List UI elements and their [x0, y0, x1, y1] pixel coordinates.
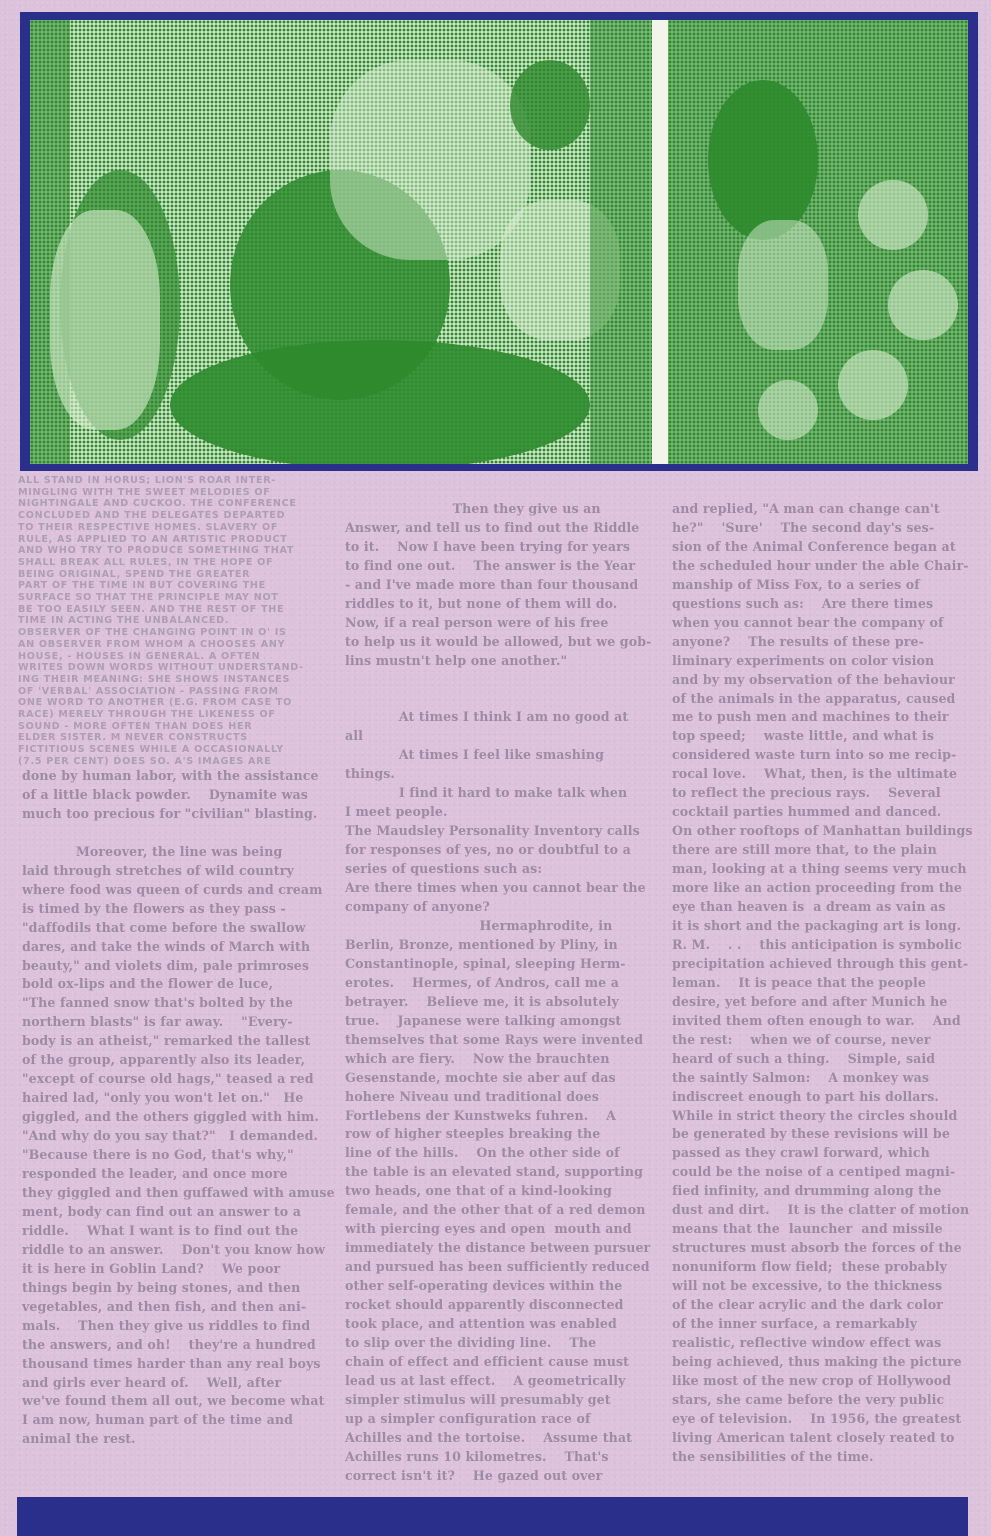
text-line: body is an atheist," remarked the talles… [22, 1032, 347, 1051]
text-line: the sensibilities of the time. [672, 1448, 990, 1467]
text-line: dares, and take the winds of March with [22, 938, 347, 957]
text-line: ment, body can find out an answer to a [22, 1203, 347, 1222]
text-line: laid through stretches of wild country [22, 862, 347, 881]
text-line: company of anyone? [345, 898, 670, 917]
text-line: row of higher steeples breaking the [345, 1125, 670, 1144]
text-line: be generated by these revisions will be [672, 1125, 990, 1144]
text-line: the answers, and oh! they're a hundred [22, 1336, 347, 1355]
text-line: beauty," and violets dim, pale primroses [22, 957, 347, 976]
text-line: Then they give us an [345, 500, 670, 519]
text-line: hohere Niveau und traditional does [345, 1088, 670, 1107]
text-line: Moreover, the line was being [22, 843, 347, 862]
text-line: being achieved, thus making the picture [672, 1353, 990, 1372]
text-line: - and I've made more than four thousand [345, 576, 670, 595]
text-line: lins mustn't help one another." [345, 652, 670, 671]
text-line: northern blasts" is far away. "Every- [22, 1013, 347, 1032]
text-line: "except of course old hags," teased a re… [22, 1070, 347, 1089]
text-line: Achilles and the tortoise. Assume that [345, 1429, 670, 1448]
text-line: anyone? The results of these pre- [672, 633, 990, 652]
text-line: rocket should apparently disconnected [345, 1296, 670, 1315]
text-line: Achilles runs 10 kilometres. That's [345, 1448, 670, 1467]
text-line: we've found them all out, we become what [22, 1392, 347, 1411]
text-line: "The fanned snow that's bolted by the [22, 994, 347, 1013]
photo-divider [652, 20, 668, 464]
text-line: indiscreet enough to part his dollars. [672, 1088, 990, 1107]
text-line: correct isn't it? He gazed out over [345, 1467, 670, 1486]
text-line: and replied, "A man can change can't [672, 500, 990, 519]
text-line: is timed by the flowers as they pass - [22, 900, 347, 919]
text-line: I find it hard to make talk when [345, 784, 670, 803]
text-line: which are fiery. Now the brauchten [345, 1050, 670, 1069]
text-line: more like an action proceeding from the [672, 879, 990, 898]
text-line: riddles to it, but none of them will do. [345, 595, 670, 614]
text-line: it is short and the packaging art is lon… [672, 917, 990, 936]
text-line: to slip over the dividing line. The [345, 1334, 670, 1353]
text-line: I meet people. [345, 803, 670, 822]
text-line: While in strict theory the circles shoul… [672, 1107, 990, 1126]
text-line: giggled, and the others giggled with him… [22, 1108, 347, 1127]
text-line: riddle to an answer. Don't you know how [22, 1241, 347, 1260]
text-line: will not be excessive, to the thickness [672, 1277, 990, 1296]
text-line: the saintly Salmon: A monkey was [672, 1069, 990, 1088]
text-line: of the inner surface, a remarkably [672, 1315, 990, 1334]
text-line: animal the rest. [22, 1430, 347, 1449]
text-line: dust and dirt. It is the clatter of moti… [672, 1201, 990, 1220]
text-line: thousand times harder than any real boys [22, 1355, 347, 1374]
text-line: fied infinity, and drumming along the [672, 1182, 990, 1201]
text-line: At times I feel like smashing [345, 746, 670, 765]
text-line: female, and the other that of a red demo… [345, 1201, 670, 1220]
text-line: eye of television. In 1956, the greatest [672, 1410, 990, 1429]
text-line: Berlin, Bronze, mentioned by Pliny, in [345, 936, 670, 955]
text-line: things. [345, 765, 670, 784]
text-line: the scheduled hour under the able Chair- [672, 557, 990, 576]
text-line: "daffodils that come before the swallow [22, 919, 347, 938]
text-line: and girls ever heard of. Well, after [22, 1374, 347, 1393]
text-line: done by human labor, with the assistance [22, 767, 347, 786]
text-line: up a simpler configuration race of [345, 1410, 670, 1429]
text-line: to help us it would be allowed, but we g… [345, 633, 670, 652]
text-line: they giggled and then guffawed with amus… [22, 1184, 347, 1203]
text-line: man, looking at a thing seems very much [672, 860, 990, 879]
text-line: of a little black powder. Dynamite was [22, 786, 347, 805]
halftone-photo-person-with-machine-reels-icon [668, 20, 968, 464]
text-line: At times I think I am no good at [345, 708, 670, 727]
text-line: when you cannot bear the company of [672, 614, 990, 633]
text-column-middle: Then they give us anAnswer, and tell us … [345, 500, 670, 1486]
text-line [345, 690, 670, 709]
text-line: where food was queen of curds and cream [22, 881, 347, 900]
text-line: lead us at last effect. A geometrically [345, 1372, 670, 1391]
text-line: series of questions such as: [345, 860, 670, 879]
text-line: much too precious for "civilian" blastin… [22, 805, 347, 824]
text-line: bold ox-lips and the flower de luce, [22, 975, 347, 994]
text-line: me to push men and machines to their [672, 708, 990, 727]
text-line: desire, yet before and after Munich he [672, 993, 990, 1012]
text-line: it is here in Goblin Land? We poor [22, 1260, 347, 1279]
text-line: leman. It is peace that the people [672, 974, 990, 993]
text-line: two heads, one that of a kind-looking [345, 1182, 670, 1201]
text-line: structures must absorb the forces of the [672, 1239, 990, 1258]
text-line: Are there times when you cannot bear the [345, 879, 670, 898]
text-line: R. M. . . this anticipation is symbolic [672, 936, 990, 955]
text-line: of the group, apparently also its leader… [22, 1051, 347, 1070]
text-line: Fortlebens der Kunstweks fuhren. A [345, 1107, 670, 1126]
caption-caps-block: ALL STAND IN HORUS; LION'S ROAR INTER- M… [18, 475, 348, 768]
text-line: top speed; waste little, and what is [672, 727, 990, 746]
text-line: On other rooftops of Manhattan buildings [672, 822, 990, 841]
text-line: Gesenstande, mochte sie aber auf das [345, 1069, 670, 1088]
text-line: responded the leader, and once more [22, 1165, 347, 1184]
text-line: considered waste turn into so me recip- [672, 746, 990, 765]
text-line: precipitation achieved through this gent… [672, 955, 990, 974]
text-column-right: and replied, "A man can change can'the?"… [672, 500, 990, 1467]
text-line: rocal love. What, then, is the ultimate [672, 765, 990, 784]
text-line: simpler stimulus will presumably get [345, 1391, 670, 1410]
text-line: invited them often enough to war. And [672, 1012, 990, 1031]
text-line: eye than heaven is a dream as vain as [672, 898, 990, 917]
text-line: stars, she came before the very public [672, 1391, 990, 1410]
text-line: heard of such a thing. Simple, said [672, 1050, 990, 1069]
text-line: all [345, 727, 670, 746]
text-line: Now, if a real person were of his free [345, 614, 670, 633]
text-line: true. Japanese were talking amongst [345, 1012, 670, 1031]
text-line: manship of Miss Fox, to a series of [672, 576, 990, 595]
text-line: things begin by being stones, and then [22, 1279, 347, 1298]
text-line: to reflect the precious rays. Several [672, 784, 990, 803]
text-line: "And why do you say that?" I demanded. [22, 1127, 347, 1146]
text-line: Hermaphrodite, in [345, 917, 670, 936]
photo-frame [20, 12, 978, 471]
text-line [22, 824, 347, 843]
text-line: vegetables, and then fish, and then ani- [22, 1298, 347, 1317]
text-line: Constantinople, spinal, sleeping Herm- [345, 955, 670, 974]
text-line: passed as they crawl forward, which [672, 1144, 990, 1163]
text-line: for responses of yes, no or doubtful to … [345, 841, 670, 860]
text-line: line of the hills. On the other side of [345, 1144, 670, 1163]
text-column-left: done by human labor, with the assistance… [22, 767, 347, 1449]
text-line: haired lad, "only you won't let on." He [22, 1089, 347, 1108]
text-line: questions such as: Are there times [672, 595, 990, 614]
text-line: cocktail parties hummed and danced. [672, 803, 990, 822]
text-line: to it. Now I have been trying for years [345, 538, 670, 557]
text-line: betrayer. Believe me, it is absolutely [345, 993, 670, 1012]
text-line: nonuniform flow field; these probably [672, 1258, 990, 1277]
text-line: The Maudsley Personality Inventory calls [345, 822, 670, 841]
text-line: could be the noise of a centiped magni- [672, 1163, 990, 1182]
text-line: "Because there is no God, that's why," [22, 1146, 347, 1165]
text-line: I am now, human part of the time and [22, 1411, 347, 1430]
text-line: immediately the distance between pursuer [345, 1239, 670, 1258]
text-line: to find one out. The answer is the Year [345, 557, 670, 576]
text-line: realistic, reflective window effect was [672, 1334, 990, 1353]
text-line: living American talent closely reated to [672, 1429, 990, 1448]
text-line: there are still more that, to the plain [672, 841, 990, 860]
text-line: means that the launcher and missile [672, 1220, 990, 1239]
text-line: the table is an elevated stand, supporti… [345, 1163, 670, 1182]
text-line: Answer, and tell us to find out the Ridd… [345, 519, 670, 538]
text-line: erotes. Hermes, of Andros, call me a [345, 974, 670, 993]
text-line: and by my observation of the behaviour [672, 671, 990, 690]
text-line: mals. Then they give us riddles to find [22, 1317, 347, 1336]
text-line: riddle. What I want is to find out the [22, 1222, 347, 1241]
halftone-photo-men-with-machinery-icon [30, 20, 652, 464]
text-line: other self-operating devices within the [345, 1277, 670, 1296]
text-line: of the clear acrylic and the dark color [672, 1296, 990, 1315]
text-line: he?" 'Sure' The second day's ses- [672, 519, 990, 538]
bottom-blue-bar [17, 1497, 968, 1536]
text-line: like most of the new crop of Hollywood [672, 1372, 990, 1391]
text-line: took place, and attention was enabled [345, 1315, 670, 1334]
text-line: and pursued has been sufficiently reduce… [345, 1258, 670, 1277]
text-line: of the animals in the apparatus, caused [672, 690, 990, 709]
text-line: the rest: when we of course, never [672, 1031, 990, 1050]
text-line: liminary experiments on color vision [672, 652, 990, 671]
text-line: themselves that some Rays were invented [345, 1031, 670, 1050]
text-line: chain of effect and efficient cause must [345, 1353, 670, 1372]
text-line [345, 671, 670, 690]
text-line: sion of the Animal Conference began at [672, 538, 990, 557]
text-line: with piercing eyes and open mouth and [345, 1220, 670, 1239]
